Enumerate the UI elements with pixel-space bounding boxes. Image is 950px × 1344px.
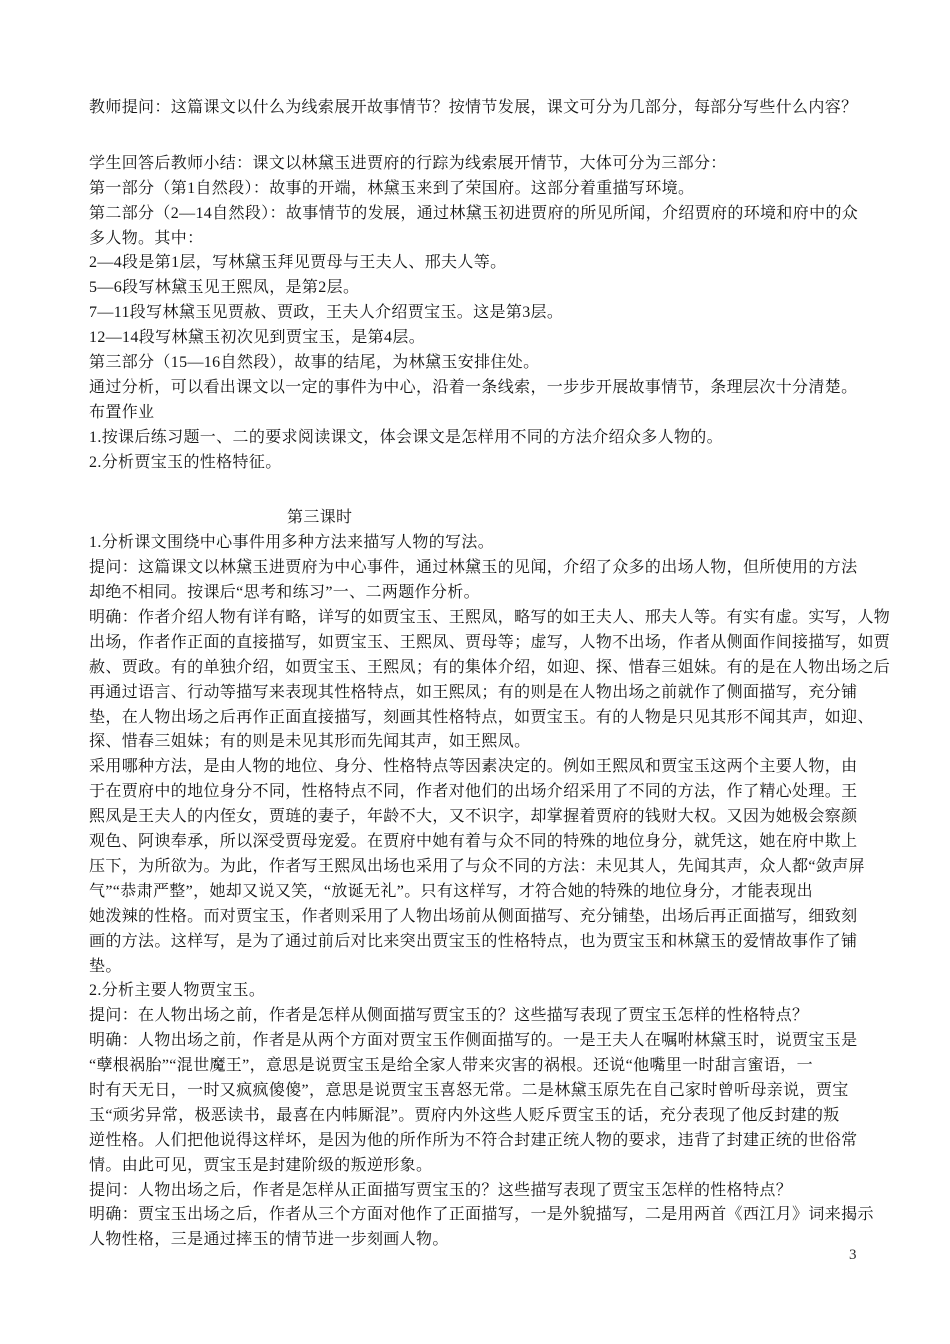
text-line: 提问：这篇课文以林黛玉进贾府为中心事件，通过林黛玉的见闻，介绍了众多的出场人物，… — [89, 556, 871, 581]
text-line: 7—11段写林黛玉见贾赦、贾政，王夫人介绍贾宝玉。这是第3层。 — [89, 301, 871, 326]
text-line: 逆性格。人们把他说得这样坏，是因为他的所作所为不符合封建正统人物的要求，违背了封… — [89, 1129, 871, 1154]
text-line: 明确：作者介绍人物有详有略，详写的如贾宝玉、王熙凤，略写的如王夫人、邢夫人等。有… — [89, 606, 871, 631]
text-line: 1.分析课文围绕中心事件用多种方法来描写人物的写法。 — [89, 531, 871, 556]
text-line: 却绝不相同。按课后“思考和练习”一、二两题作分析。 — [89, 581, 871, 606]
page-number: 3 — [849, 1245, 857, 1265]
text-line: 提问：在人物出场之前，作者是怎样从侧面描写贾宝玉的？这些描写表现了贾宝玉怎样的性… — [89, 1004, 871, 1029]
text-line: 明确：人物出场之前，作者是从两个方面对贾宝玉作侧面描写的。一是王夫人在嘱咐林黛玉… — [89, 1029, 871, 1054]
text-line: 2.分析贾宝玉的性格特征。 — [89, 451, 871, 476]
text-line: 教师提问：这篇课文以什么为线索展开故事情节？按情节发展，课文可分为几部分，每部分… — [89, 96, 871, 121]
text-line: 气”“恭肃严整”，她却又说又笑，“放诞无礼”。只有这样写，才符合她的特殊的地位身… — [89, 880, 871, 905]
text-line: 出场，作者作正面的直接描写，如贾宝玉、王熙凤、贾母等；虚写，人物不出场，作者从侧… — [89, 631, 871, 656]
text-line: 学生回答后教师小结：课文以林黛玉进贾府的行踪为线索展开情节，大体可分为三部分： — [89, 152, 871, 177]
text-line: 情。由此可见，贾宝玉是封建阶级的叛逆形象。 — [89, 1154, 871, 1179]
text-line: 人物性格，三是通过摔玉的情节进一步刻画人物。 — [89, 1228, 871, 1253]
text-line: 于在贾府中的地位身分不同，性格特点不同，作者对他们的出场介绍采用了不同的方法，作… — [89, 780, 871, 805]
text-line: 2—4段是第1层，写林黛玉拜见贾母与王夫人、邢夫人等。 — [89, 251, 871, 276]
text-line: 布置作业 — [89, 401, 871, 426]
text-line: 2.分析主要人物贾宝玉。 — [89, 979, 871, 1004]
section-heading: 第三课时 — [89, 506, 871, 531]
text-line: 提问：人物出场之后，作者是怎样从正面描写贾宝玉的？这些描写表现了贾宝玉怎样的性格… — [89, 1179, 871, 1204]
text-line: 玉“顽劣异常，极恶读书，最喜在内帏厮混”。贾府内外这些人贬斥贾宝玉的话，充分表现… — [89, 1104, 871, 1129]
text-line: 垫。 — [89, 955, 871, 980]
text-line: “孽根祸胎”“混世魔王”，意思是说贾宝玉是给全家人带来灾害的祸根。还说“他嘴里一… — [89, 1054, 871, 1079]
text-line: 采用哪种方法，是由人物的地位、身分、性格特点等因素决定的。例如王熙凤和贾宝玉这两… — [89, 755, 871, 780]
text-line: 画的方法。这样写，是为了通过前后对比来突出贾宝玉的性格特点，也为贾宝玉和林黛玉的… — [89, 930, 871, 955]
text-line: 1.按课后练习题一、二的要求阅读课文，体会课文是怎样用不同的方法介绍众多人物的。 — [89, 426, 871, 451]
text-line: 再通过语言、行动等描写来表现其性格特点，如王熙凤；有的则是在人物出场之前就作了侧… — [89, 681, 871, 706]
text-line: 观色、阿谀奉承，所以深受贾母宠爱。在贾府中她有着与众不同的特殊的地位身分，就凭这… — [89, 830, 871, 855]
blank-line — [89, 475, 871, 506]
text-line: 垫，在人物出场之后再作正面直接描写，刻画其性格特点，如贾宝玉。有的人物是只见其形… — [89, 706, 871, 731]
text-line: 5—6段写林黛玉见王熙凤，是第2层。 — [89, 276, 871, 301]
text-line: 她泼辣的性格。而对贾宝玉，作者则采用了人物出场前从侧面描写、充分铺垫，出场后再正… — [89, 905, 871, 930]
text-line: 第二部分（2—14自然段）：故事情节的发展，通过林黛玉初进贾府的所见所闻，介绍贾… — [89, 202, 871, 227]
text-line: 通过分析，可以看出课文以一定的事件为中心，沿着一条线索，一步步开展故事情节，条理… — [89, 376, 871, 401]
text-line: 第一部分（第1自然段）：故事的开端，林黛玉来到了荣国府。这部分着重描写环境。 — [89, 177, 871, 202]
text-line: 第三部分（15—16自然段），故事的结尾，为林黛玉安排住处。 — [89, 351, 871, 376]
document-page: 教师提问：这篇课文以什么为线索展开故事情节？按情节发展，课文可分为几部分，每部分… — [0, 0, 950, 1344]
text-line: 探、惜春三姐妹；有的则是未见其形而先闻其声，如王熙凤。 — [89, 730, 871, 755]
text-line: 12—14段写林黛玉初次见到贾宝玉，是第4层。 — [89, 326, 871, 351]
document-body: 教师提问：这篇课文以什么为线索展开故事情节？按情节发展，课文可分为几部分，每部分… — [89, 96, 871, 1253]
text-line: 熙凤是王夫人的内侄女，贾琏的妻子，年龄不大，又不识字，却掌握着贾府的钱财大权。又… — [89, 805, 871, 830]
text-line: 明确：贾宝玉出场之后，作者从三个方面对他作了正面描写，一是外貌描写，二是用两首《… — [89, 1203, 871, 1228]
text-line: 赦、贾政。有的单独介绍，如贾宝玉、王熙凤；有的集体介绍，如迎、探、惜春三姐妹。有… — [89, 656, 871, 681]
text-line: 压下，为所欲为。为此，作者写王熙凤出场也采用了与众不同的方法：未见其人，先闻其声… — [89, 855, 871, 880]
blank-line — [89, 121, 871, 152]
text-line: 时有天无日，一时又疯疯傻傻”，意思是说贾宝玉喜怒无常。二是林黛玉原先在自己家时曾… — [89, 1079, 871, 1104]
text-line: 多人物。其中： — [89, 227, 871, 252]
